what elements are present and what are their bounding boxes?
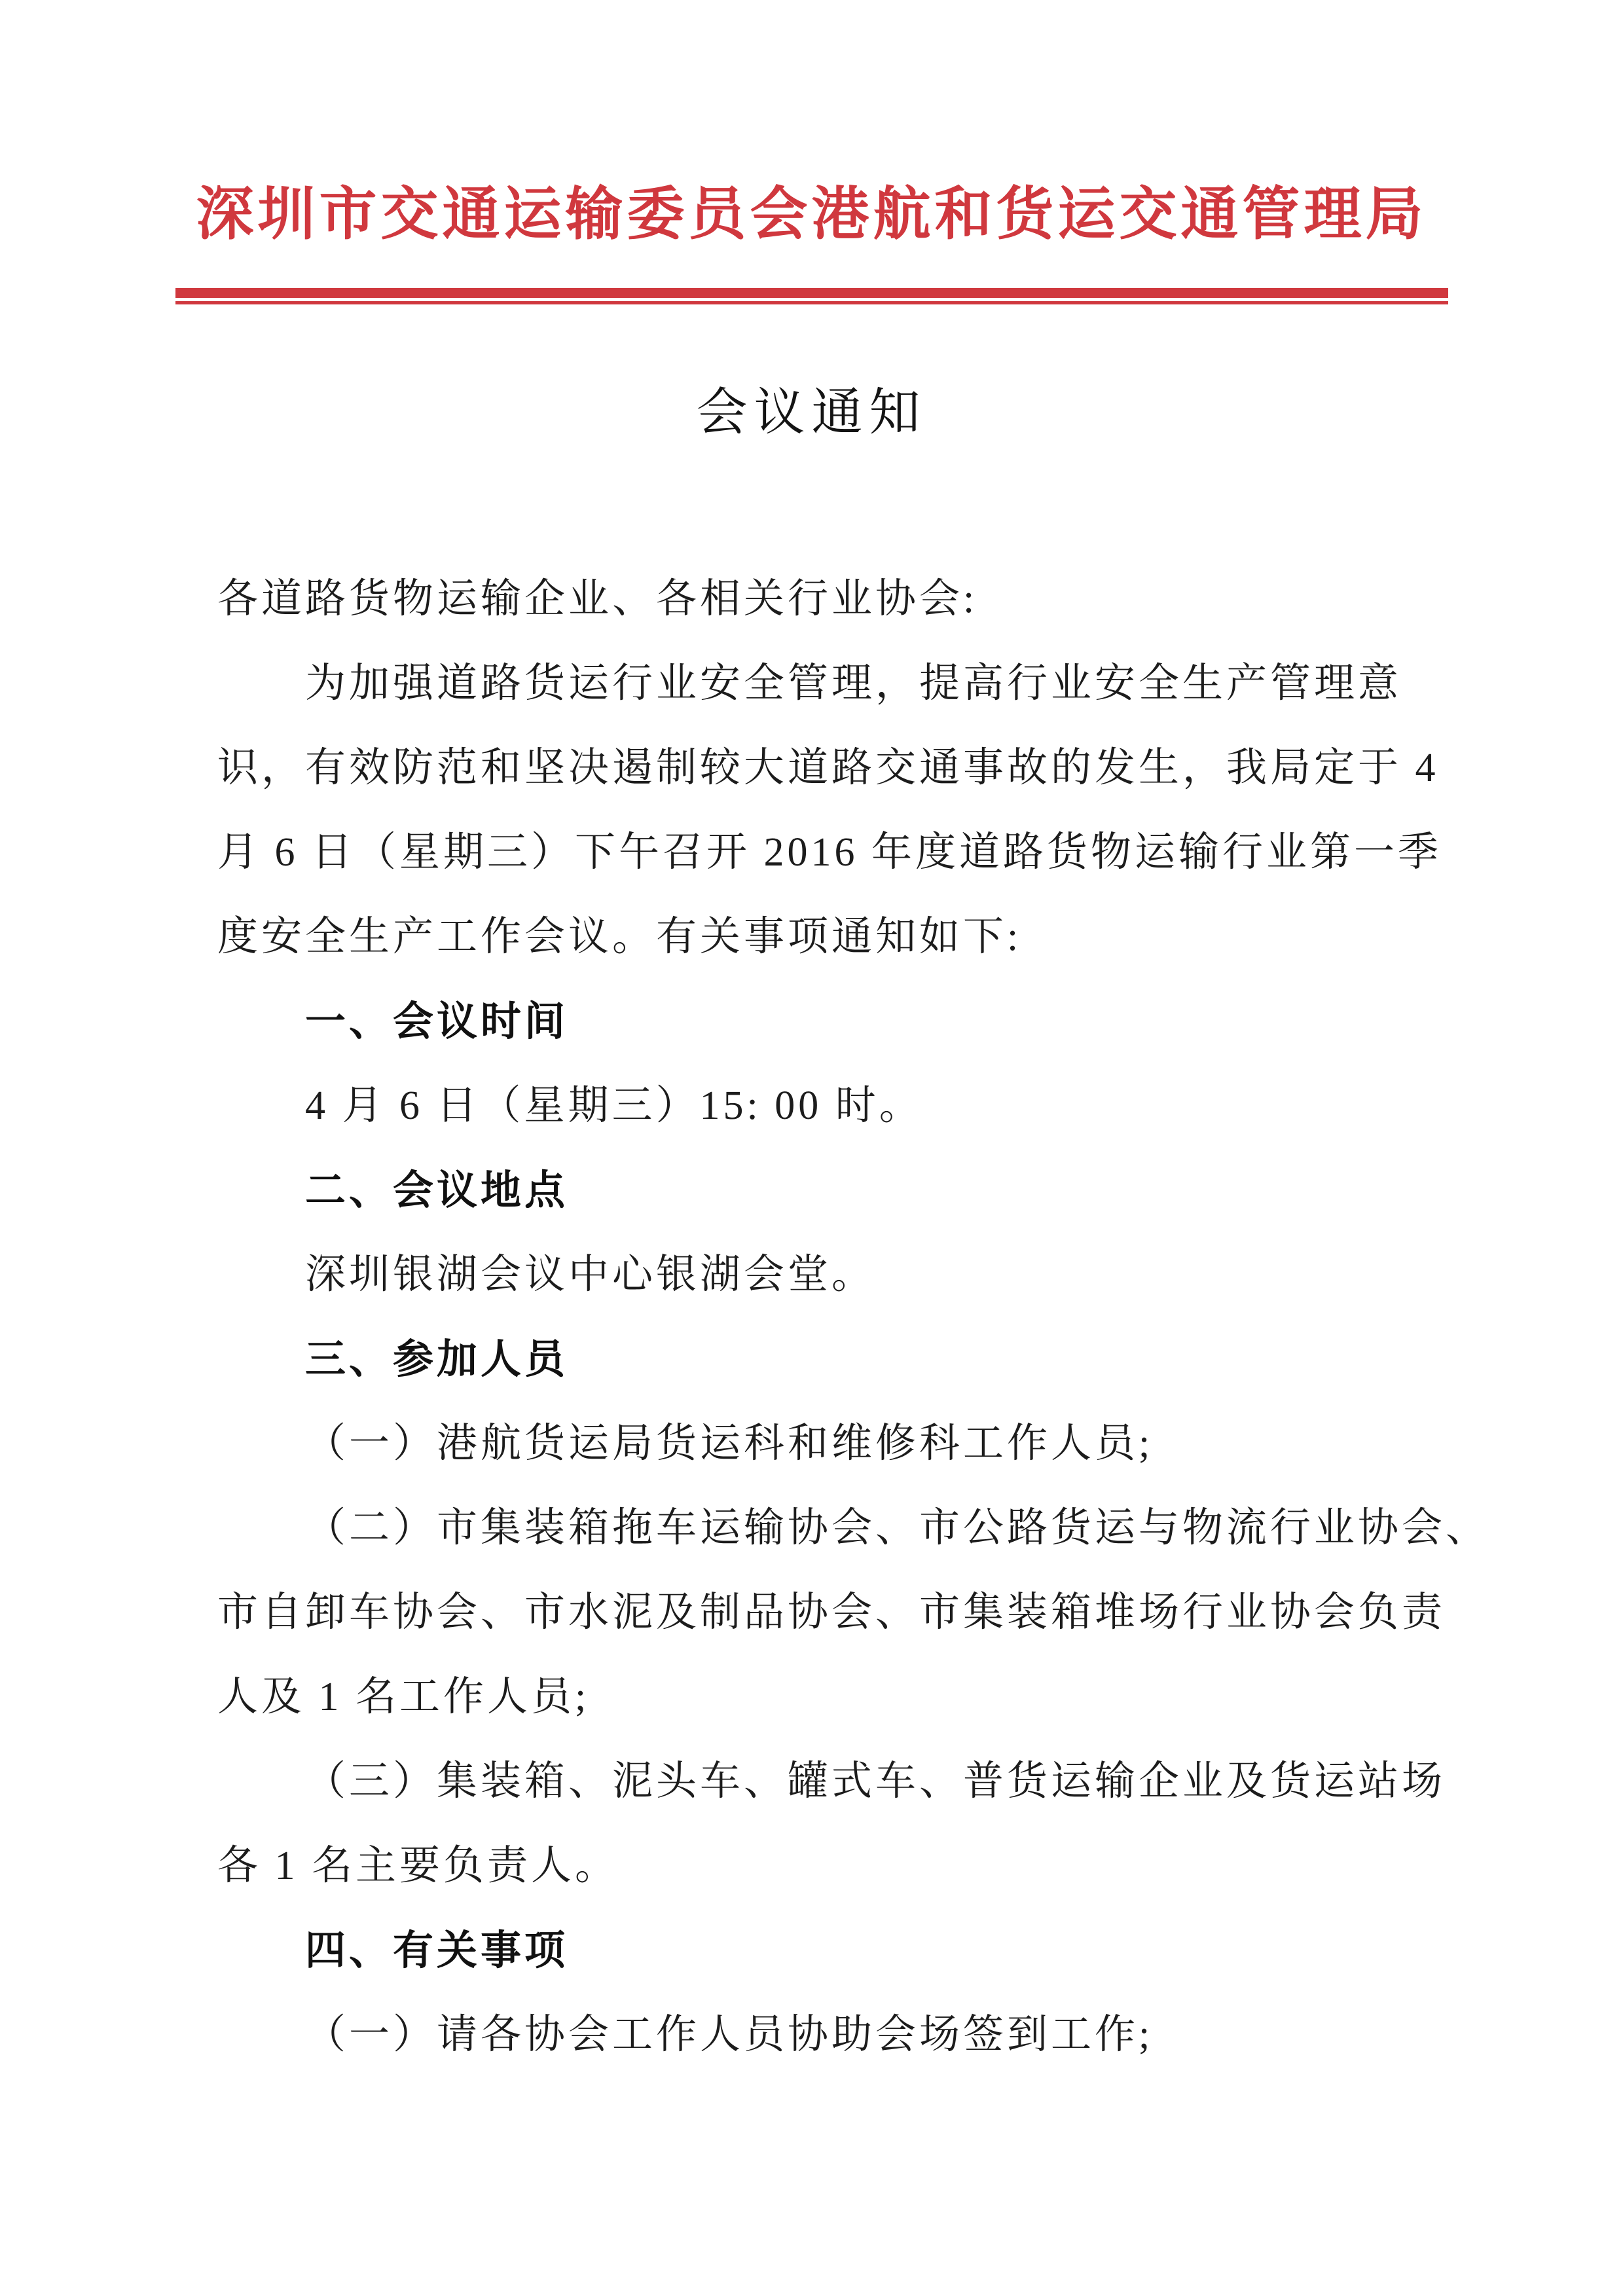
body-line: （一）港航货运局货运科和维修科工作人员;: [217, 1402, 1406, 1486]
body-line: 人及 1 名工作人员;: [217, 1655, 1406, 1740]
body-line: （二）市集装箱拖车运输协会、市公路货运与物流行业协会、: [217, 1486, 1406, 1571]
red-rule-thick: [175, 288, 1448, 298]
letterhead: 深圳市交通运输委员会港航和货运交通管理局: [175, 0, 1448, 304]
body-line: 为加强道路货运行业安全管理，提高行业安全生产管理意: [217, 642, 1406, 726]
red-rule-thin: [175, 301, 1448, 304]
body-line: 识，有效防范和坚决遏制较大道路交通事故的发生，我局定于 4: [217, 726, 1406, 811]
body-line: 各道路货物运输企业、各相关行业协会:: [217, 557, 1406, 642]
body-line: 月 6 日（星期三）下午召开 2016 年度道路货物运输行业第一季: [217, 811, 1406, 895]
document-page: 深圳市交通运输委员会港航和货运交通管理局 会议通知 各道路货物运输企业、各相关行…: [0, 0, 1623, 2296]
section-heading: 一、会议时间: [217, 979, 1406, 1064]
body-line: 4 月 6 日（星期三）15: 00 时。: [217, 1064, 1406, 1148]
agency-title: 深圳市交通运输委员会港航和货运交通管理局: [175, 178, 1448, 253]
doc-title: 会议通知: [0, 378, 1623, 446]
section-heading: 三、参加人员: [217, 1317, 1406, 1402]
section-heading: 二、会议地点: [217, 1148, 1406, 1233]
section-heading: 四、有关事项: [217, 1908, 1406, 1993]
body-line: 度安全生产工作会议。有关事项通知如下:: [217, 895, 1406, 979]
body-line: （一）请各协会工作人员协助会场签到工作;: [217, 1993, 1406, 2077]
body-line: 市自卸车协会、市水泥及制品协会、市集装箱堆场行业协会负责: [217, 1571, 1406, 1655]
body-line: 深圳银湖会议中心银湖会堂。: [217, 1233, 1406, 1317]
body-line: （三）集装箱、泥头车、罐式车、普货运输企业及货运站场: [217, 1740, 1406, 1824]
body-line: 各 1 名主要负责人。: [217, 1824, 1406, 1908]
doc-body: 各道路货物运输企业、各相关行业协会:为加强道路货运行业安全管理，提高行业安全生产…: [217, 557, 1406, 2077]
